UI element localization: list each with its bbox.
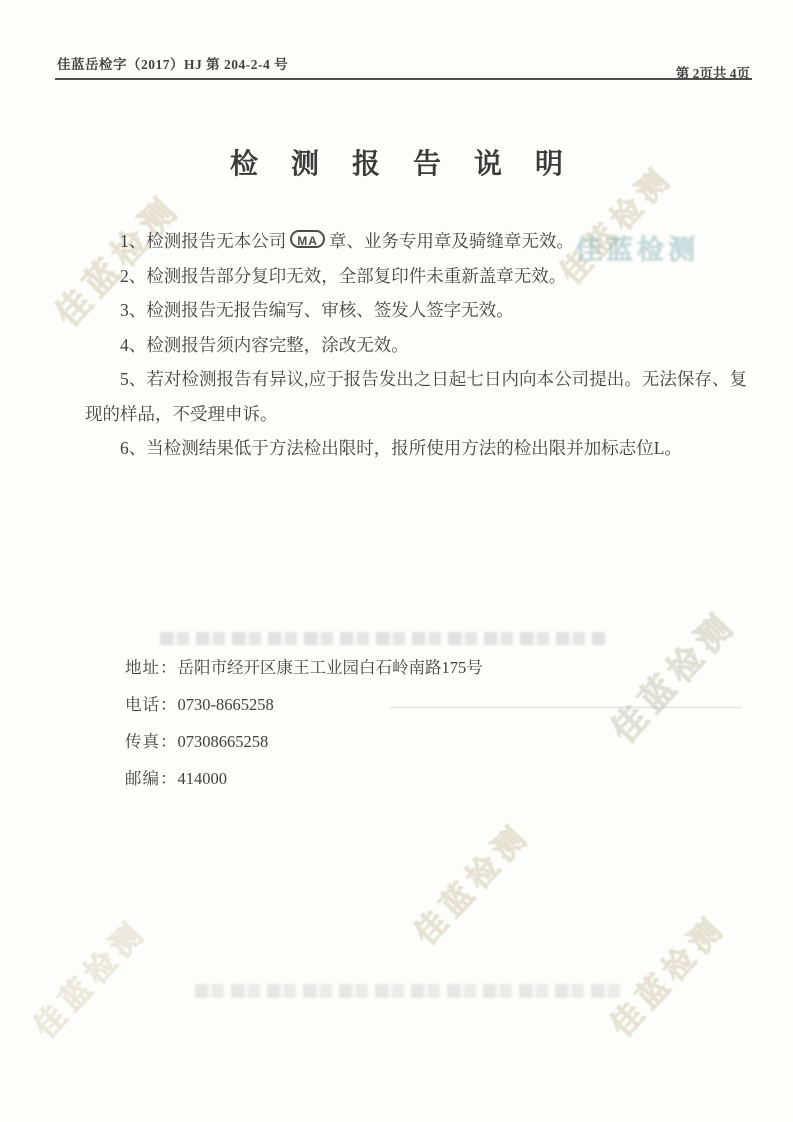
note-item-5: 5、若对检测报告有异议,应于报告发出之日起七日内向本公司提出。无法保存、复现的样… bbox=[85, 362, 747, 431]
note-item-3: 3、检测报告无报告编写、审核、签发人签字无效。 bbox=[85, 293, 747, 328]
watermark-text: 佳蓝检测 bbox=[402, 811, 539, 953]
address-label: 地址： bbox=[125, 658, 178, 677]
contact-phone: 电话：0730-8665258 bbox=[125, 692, 483, 729]
scan-artifact-line bbox=[390, 707, 742, 708]
phone-label: 电话： bbox=[125, 695, 178, 714]
fax-value: 07308665258 bbox=[178, 732, 269, 751]
postal-label: 邮编： bbox=[125, 769, 178, 788]
contact-address: 地址：岳阳市经开区康王工业园白石岭南路175号 bbox=[125, 655, 483, 692]
note-text: 1、检测报告无本公司 bbox=[120, 231, 286, 251]
address-value: 岳阳市经开区康王工业园白石岭南路175号 bbox=[178, 658, 483, 677]
note-item-6: 6、当检测结果低于方法检出限时，报所使用方法的检出限并加标志位L。 bbox=[85, 431, 747, 466]
watermark-text: 佳蓝检测 bbox=[22, 908, 155, 1046]
phone-value: 0730-8665258 bbox=[178, 695, 274, 714]
notes-list: 1、检测报告无本公司MA章、业务专用章及骑缝章无效。 2、检测报告部分复印无效，… bbox=[85, 224, 747, 466]
watermark-text: 佳蓝检测 bbox=[598, 903, 735, 1045]
contact-fax: 传真：07308665258 bbox=[125, 729, 483, 766]
contact-block: 地址：岳阳市经开区康王工业园白石岭南路175号 电话：0730-8665258 … bbox=[125, 655, 483, 803]
bleedthrough-ghost-text bbox=[195, 984, 620, 998]
note-item-1: 1、检测报告无本公司MA章、业务专用章及骑缝章无效。 bbox=[85, 224, 747, 259]
contact-postal-code: 邮编：414000 bbox=[125, 766, 483, 803]
note-item-4: 4、检测报告须内容完整，涂改无效。 bbox=[85, 328, 747, 363]
postal-value: 414000 bbox=[178, 769, 228, 788]
fax-label: 传真： bbox=[125, 732, 178, 751]
note-item-2: 2、检测报告部分复印无效，全部复印件未重新盖章无效。 bbox=[85, 259, 747, 294]
document-page: 佳蓝检测 佳蓝检测 佳蓝检测 佳蓝检测 佳蓝检测 佳蓝检测 佳蓝检测 佳蓝岳检字… bbox=[0, 0, 793, 1122]
document-number: 佳蓝岳检字（2017）HJ 第 204-2-4 号 bbox=[57, 53, 288, 73]
cma-mark-icon: MA bbox=[290, 230, 325, 248]
header-divider bbox=[55, 78, 752, 80]
bleedthrough-ghost-text bbox=[160, 632, 605, 645]
watermark-text: 佳蓝检测 bbox=[598, 598, 746, 751]
note-text: 章、业务专用章及骑缝章无效。 bbox=[329, 231, 574, 251]
report-title: 检 测 报 告 说 明 bbox=[0, 142, 793, 182]
cma-mark-label: MA bbox=[297, 234, 318, 248]
